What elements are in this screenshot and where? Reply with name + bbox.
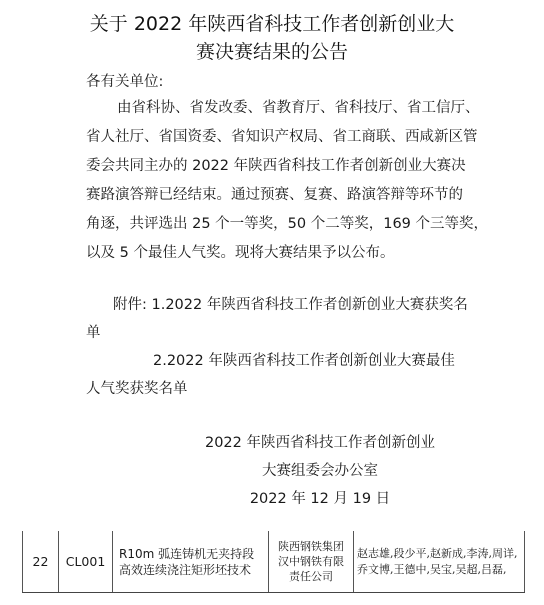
members-line-2: 乔文博,王德中,吴宝,吴超,吕磊, <box>357 562 524 578</box>
body-line: 省人社厅、省国资委、省知识产权局、省工商联、西咸新区管 <box>86 127 478 147</box>
signature-date: 2022 年 12 月 19 日 <box>0 489 544 509</box>
attachment-1-line-1: 附件: 1.2022 年陕西省科技工作者创新创业大赛获奖名 <box>113 295 468 315</box>
cell-number: 22 <box>23 531 59 593</box>
attachment-1-line-2: 单 <box>86 323 101 343</box>
attachment-2-line-2: 人气奖获奖名单 <box>86 379 188 399</box>
body-line: 赛路演答辩已经结束。通过预赛、复赛、路演答辩等环节的 <box>86 185 463 205</box>
award-table: 22 CL001 R10m 弧连铸机无夹持段 高效连续浇注矩形坯技术 陕西钢铁集… <box>22 531 525 593</box>
body-line: 以及 5 个最佳人气奖。现将大赛结果予以公布。 <box>86 243 394 263</box>
org-line-2: 汉中钢铁有限 <box>269 554 353 569</box>
body-line: 由省科协、省发改委、省教育厅、省科技厅、省工信厅、 <box>117 98 480 118</box>
cell-code: CL001 <box>59 531 113 593</box>
title-line-2: 赛决赛结果的公告 <box>0 40 544 64</box>
salutation: 各有关单位: <box>86 72 163 92</box>
attachment-2-line-1: 2.2022 年陕西省科技工作者创新创业大赛最佳 <box>153 351 455 371</box>
org-line-1: 陕西钢铁集团 <box>269 539 353 554</box>
cell-members: 赵志雄,段少平,赵新成,李涛,周详, 乔文博,王德中,吴宝,吴超,吕磊, <box>354 531 525 593</box>
project-line-1: R10m 弧连铸机无夹持段 <box>119 546 268 562</box>
cell-project: R10m 弧连铸机无夹持段 高效连续浇注矩形坯技术 <box>113 531 269 593</box>
body-line: 角逐，共评选出 25 个一等奖，50 个二等奖，169 个三等奖， <box>86 214 488 234</box>
org-line-3: 责任公司 <box>269 569 353 584</box>
signature-org-line-1: 2022 年陕西省科技工作者创新创业 <box>0 433 544 453</box>
members-line-1: 赵志雄,段少平,赵新成,李涛,周详, <box>357 546 524 562</box>
signature-org-line-2: 大赛组委会办公室 <box>0 461 544 481</box>
body-line: 委会共同主办的 2022 年陕西省科技工作者创新创业大赛决 <box>86 156 466 176</box>
project-line-2: 高效连续浇注矩形坯技术 <box>119 562 268 578</box>
cell-organization: 陕西钢铁集团 汉中钢铁有限 责任公司 <box>269 531 354 593</box>
table-row: 22 CL001 R10m 弧连铸机无夹持段 高效连续浇注矩形坯技术 陕西钢铁集… <box>23 531 525 593</box>
title-line-1: 关于 2022 年陕西省科技工作者创新创业大 <box>0 12 544 36</box>
